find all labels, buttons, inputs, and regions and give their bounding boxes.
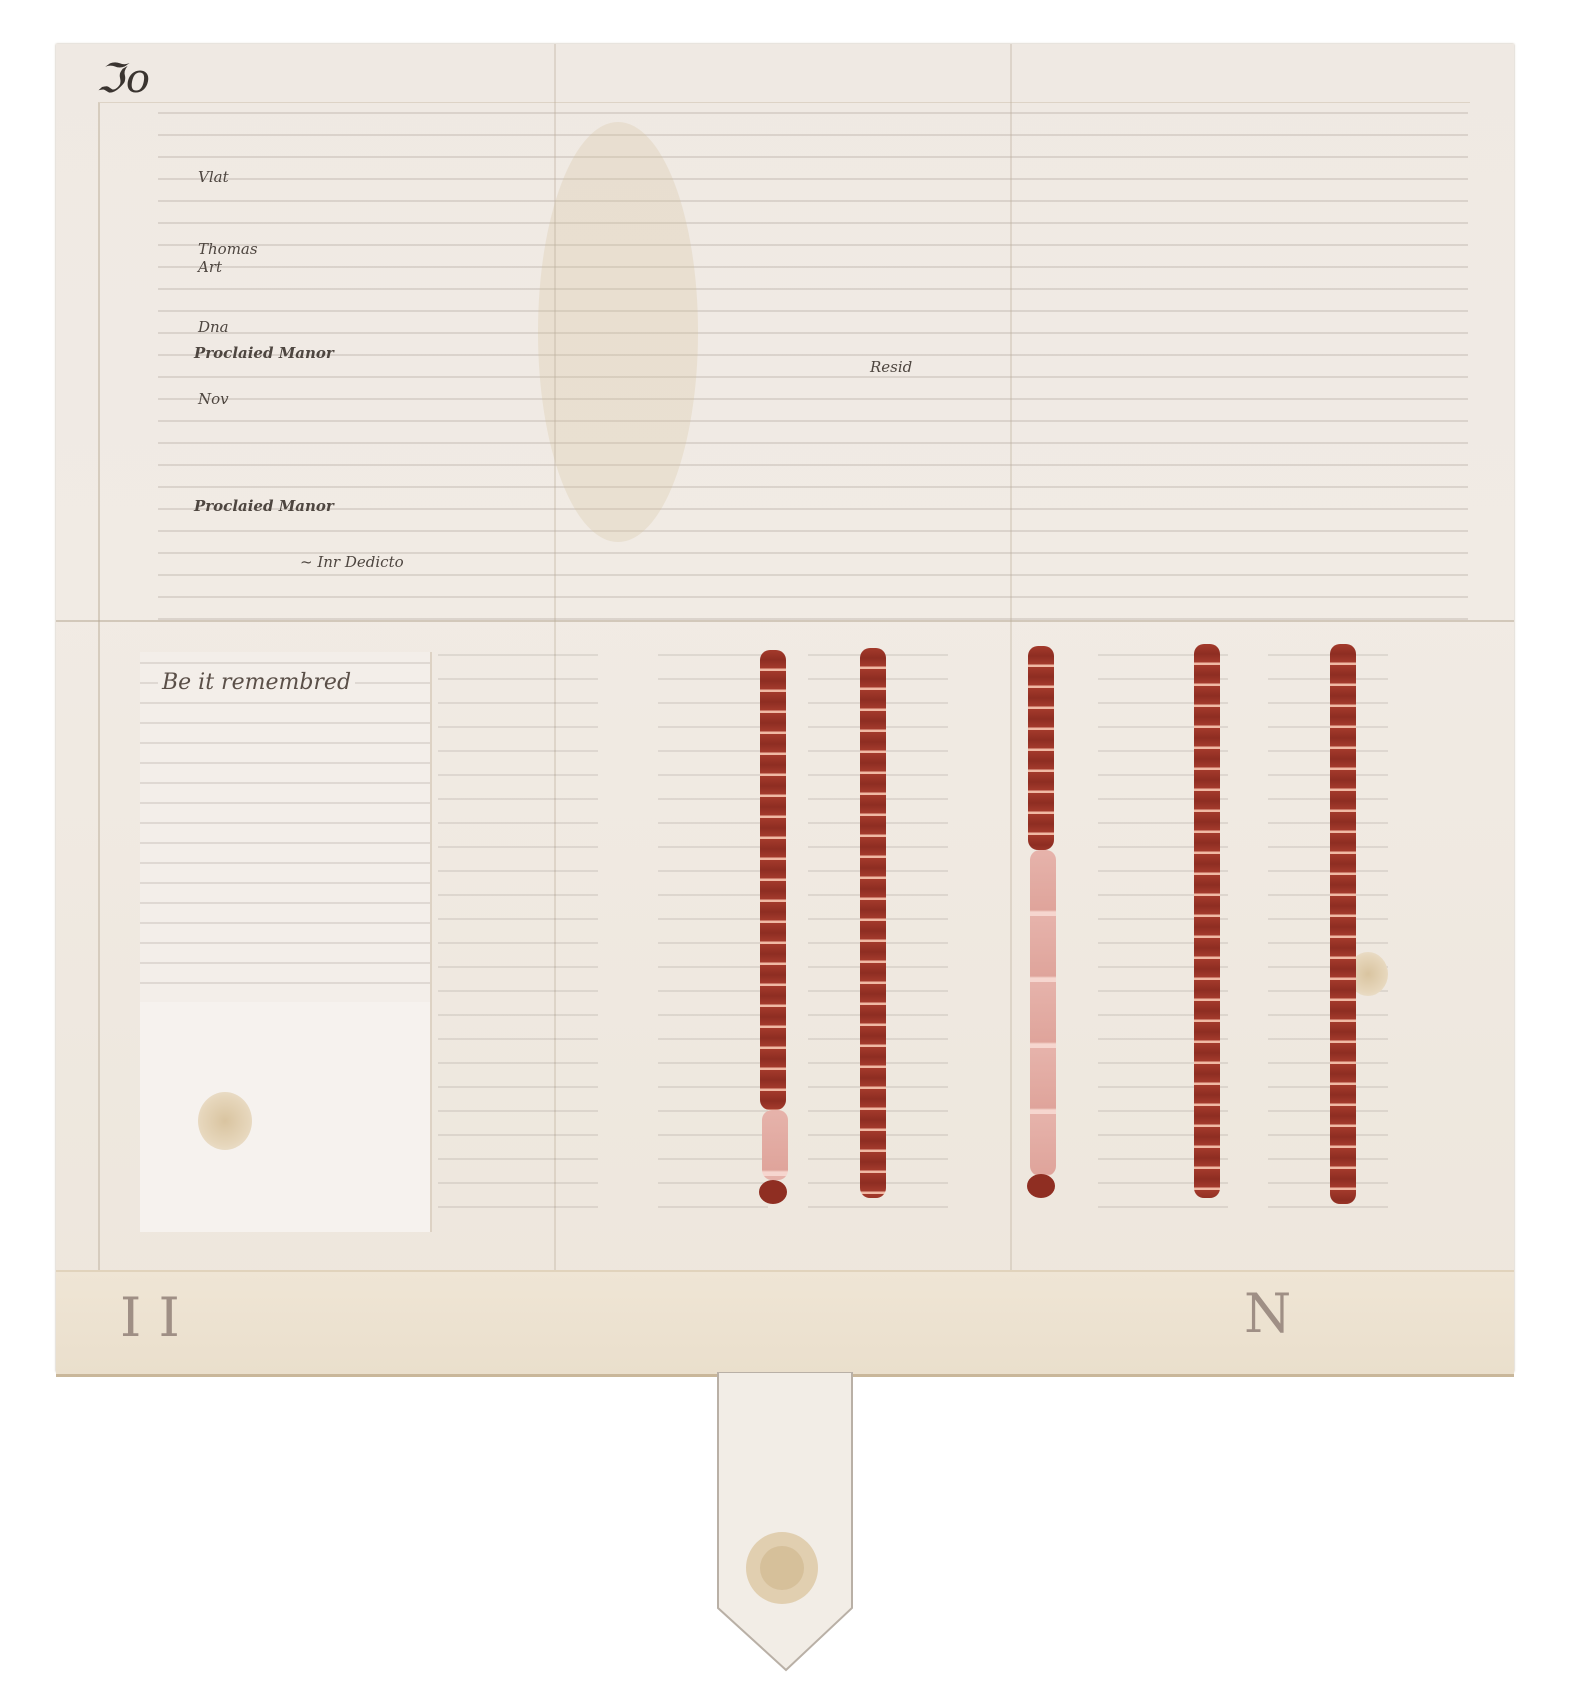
wax-seal-end — [759, 1180, 787, 1204]
wax-seal-strip — [1028, 646, 1054, 850]
memorandum-title: Be it remembred — [158, 670, 355, 695]
corner-mark: ℑo — [96, 56, 152, 102]
margin-label: Proclaied Manor — [194, 344, 334, 362]
wax-seal-strip-faded — [1030, 850, 1056, 1176]
seal-tag — [716, 1372, 854, 1672]
wax-seal-strip — [860, 648, 886, 1198]
margin-label: ~ Inr Dedicto — [300, 553, 404, 571]
water-stain — [538, 122, 698, 542]
margin-label: Dna — [198, 318, 229, 336]
main-text-block — [158, 102, 1468, 622]
wax-seal-end — [1027, 1174, 1055, 1198]
memorandum-box: Be it remembred — [140, 652, 432, 1232]
bottom-fold-band: I I N — [56, 1270, 1514, 1377]
parchment-document: ℑo Vlat Thomas Art Dna Proclaied Manor N… — [56, 44, 1514, 1372]
margin-label: Art — [198, 258, 222, 276]
band-mark-right: N — [1244, 1282, 1291, 1345]
wax-seal-strip — [760, 650, 786, 1110]
band-mark-left: I I — [120, 1286, 180, 1349]
memorandum-lower-blank — [140, 1002, 430, 1232]
text-column — [438, 642, 598, 1222]
margin-label: Vlat — [198, 168, 229, 186]
wax-seal-strip — [1194, 644, 1220, 1198]
margin-label: Proclaied Manor — [194, 497, 334, 515]
seal-tag-shape — [716, 1372, 854, 1672]
small-seal-icon — [198, 1092, 252, 1150]
margin-label: Thomas — [198, 240, 258, 258]
wax-seal-strip-faded — [762, 1110, 788, 1180]
text-column — [658, 642, 768, 1222]
text-column — [1268, 642, 1388, 1222]
margin-label: Resid — [870, 358, 912, 376]
fold-line-horizontal — [56, 620, 1514, 622]
margin-label: Nov — [198, 390, 229, 408]
wax-seal-strip — [1330, 644, 1356, 1204]
